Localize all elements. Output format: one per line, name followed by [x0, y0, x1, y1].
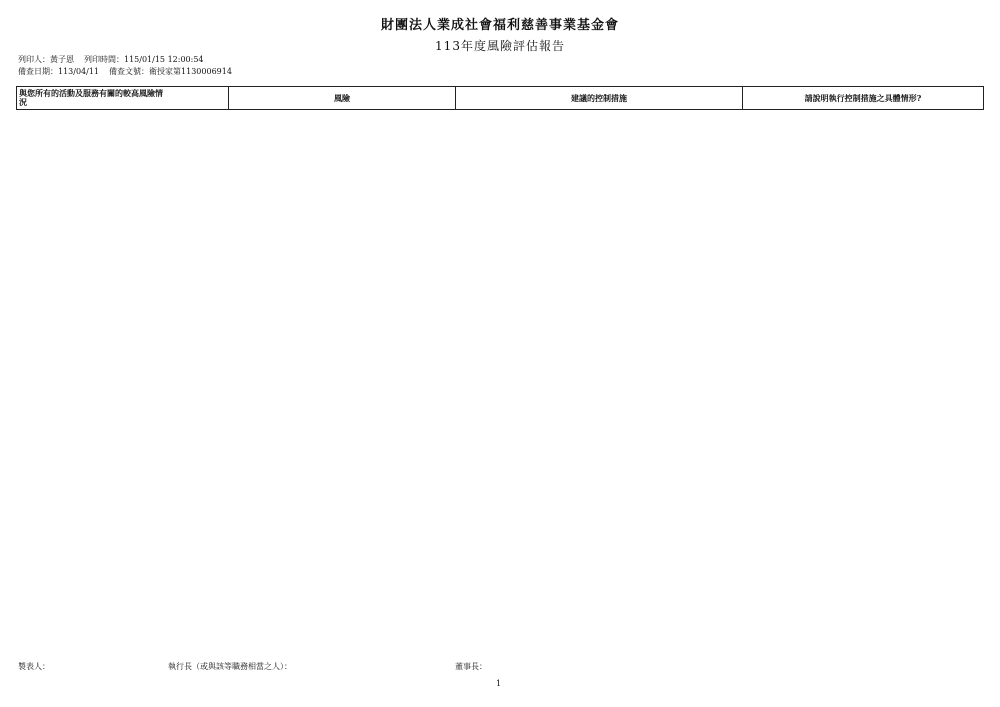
page-number: 1 — [496, 679, 501, 688]
filing-date-label: 備查日期： — [18, 67, 58, 76]
print-time: 列印時間：115/01/15 12:00:54 — [84, 55, 204, 64]
risk-assessment-table: 與您所有的活動及服務有關的較高風險情況 風險 建議的控制措施 請說明執行控制措施… — [16, 86, 984, 110]
print-info: 列印人：黃子恩列印時間：115/01/15 12:00:54 — [18, 54, 214, 65]
ceo-signature: 執行長（或與該等職務相當之人）： — [168, 661, 292, 672]
filing-date: 備查日期：113/04/11 — [18, 67, 99, 76]
printer: 列印人：黃子恩 — [18, 55, 74, 64]
preparer-signature: 製表人： — [18, 661, 50, 672]
filing-doc: 備查文號：衛授家第1130006914 — [109, 67, 232, 76]
print-time-label: 列印時間： — [84, 55, 124, 64]
column-header-control-measures: 建議的控制措施 — [456, 87, 743, 110]
printer-label: 列印人： — [18, 55, 50, 64]
print-time-value: 115/01/15 12:00:54 — [124, 55, 204, 64]
column-header-risk: 風險 — [229, 87, 456, 110]
column-header-implementation: 請說明執行控制措施之具體情形? — [743, 87, 984, 110]
organization-title: 財團法人業成社會福利慈善事業基金會 — [0, 14, 1000, 33]
printer-name: 黃子恩 — [50, 55, 74, 64]
filing-doc-value: 衛授家第1130006914 — [149, 67, 232, 76]
table-header-row: 與您所有的活動及服務有關的較高風險情況 風險 建議的控制措施 請說明執行控制措施… — [17, 87, 984, 110]
column-header-risk-situation: 與您所有的活動及服務有關的較高風險情況 — [17, 87, 229, 110]
report-title: 113年度風險評估報告 — [0, 37, 1000, 54]
chair-signature: 董事長： — [455, 661, 487, 672]
filing-date-value: 113/04/11 — [58, 67, 99, 76]
filing-doc-label: 備查文號： — [109, 67, 149, 76]
filing-info: 備查日期：113/04/11備查文號：衛授家第1130006914 — [18, 66, 242, 77]
